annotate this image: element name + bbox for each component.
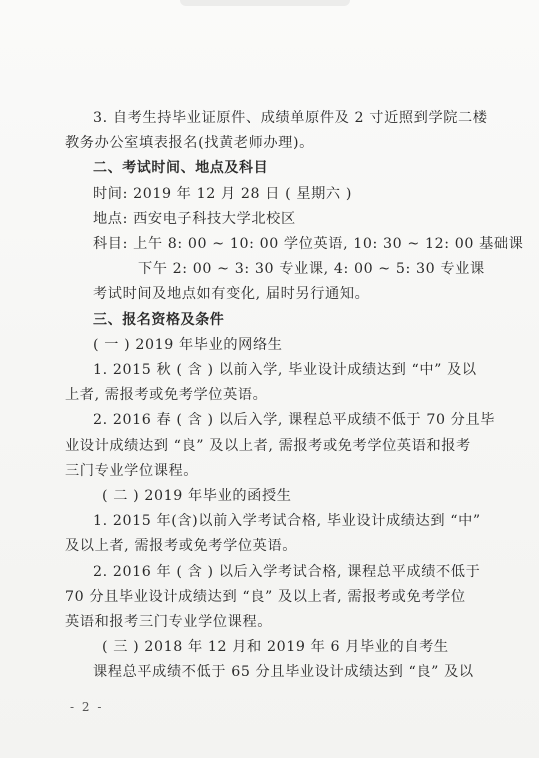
text-line: 及以上者, 需报考或免考学位英语。 (65, 536, 297, 556)
text-line: ( 一 ) 2019 年毕业的网络生 (93, 335, 283, 355)
text-line: 教务办公室填表报名(找黄老师办理)。 (65, 133, 314, 153)
section-heading: 二、考试时间、地点及科目 (93, 158, 268, 178)
text-line: 业设计成绩达到 “良” 及以上者, 需报考或免考学位英语和报考 (65, 436, 471, 456)
text-line: 上者, 需报考或免考学位英语。 (65, 385, 267, 405)
text-line: 70 分且毕业设计成绩达到 “良” 及以上者, 需报考或免考学位 (65, 587, 466, 607)
text-line: 地点: 西安电子科技大学北校区 (93, 209, 296, 229)
text-line: 下午 2: 00 ~ 3: 30 专业课, 4: 00 ~ 5: 30 专业课 (138, 259, 485, 279)
text-line: 2. 2016 年 ( 含 ) 以后入学考试合格, 课程总平成绩不低于 (93, 562, 480, 582)
document-page: 3. 自考生持毕业证原件、成绩单原件及 2 寸近照到学院二楼教务办公室填表报名(… (0, 0, 539, 758)
text-line: 时间: 2019 年 12 月 28 日 ( 星期六 ) (93, 184, 352, 204)
text-line: 2. 2016 春 ( 含 ) 以后入学, 课程总平成绩不低于 70 分且毕 (93, 410, 495, 430)
section-heading: 三、报名资格及条件 (93, 310, 224, 330)
text-line: 考试时间及地点如有变化, 届时另行通知。 (93, 284, 369, 304)
text-line: 课程总平成绩不低于 65 分且毕业设计成绩达到 “良” 及以 (93, 662, 474, 682)
page-number: - 2 - (70, 700, 103, 714)
text-line: 英语和报考三门专业学位课程。 (65, 612, 272, 632)
text-line: 1. 2015 秋 ( 含 ) 以前入学, 毕业设计成绩达到 “中” 及以 (93, 360, 477, 380)
text-line: ( 三 ) 2018 年 12 月和 2019 年 6 月毕业的自考生 (102, 637, 449, 657)
text-line: 科目: 上午 8: 00 ~ 10: 00 学位英语, 10: 30 ~ 12:… (93, 234, 523, 254)
text-line: 三门专业学位课程。 (65, 461, 198, 481)
text-line: 3. 自考生持毕业证原件、成绩单原件及 2 寸近照到学院二楼 (93, 108, 488, 128)
scan-shadow (180, 0, 350, 6)
text-line: 1. 2015 年(含)以前入学考试合格, 毕业设计成绩达到 “中” (93, 511, 481, 531)
text-line: ( 二 ) 2019 年毕业的函授生 (102, 486, 292, 506)
